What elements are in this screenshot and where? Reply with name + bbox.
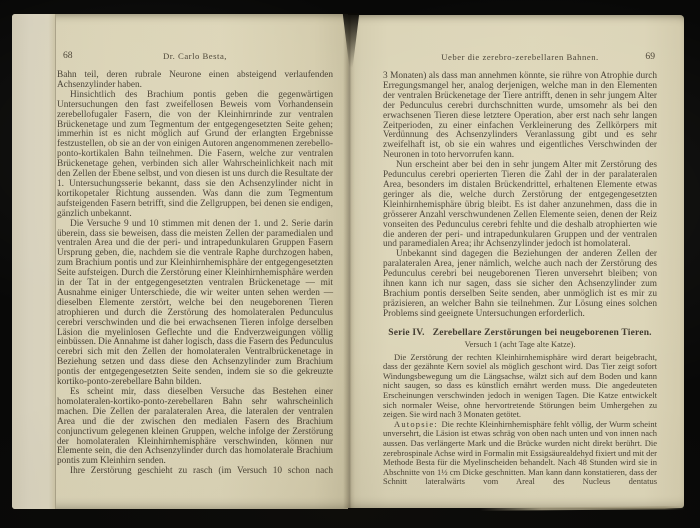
right-page-small-print: Die Zerstörung der rechten Kleinhirnhemi… xyxy=(383,353,657,487)
left-running-head: 68 Dr. Carlo Besta, xyxy=(57,51,333,63)
right-running-title: Ueber die zerebro-zerebellaren Bahnen. xyxy=(383,52,657,62)
paragraph: Die Zerstörung der rechten Kleinhirnhemi… xyxy=(383,353,657,420)
paragraph: Autopsie: Die rechte Kleinhirnhemisphäre… xyxy=(383,420,657,487)
paragraph-lead: Autopsie: xyxy=(394,419,442,429)
paragraph: Hinsichtlich des Brachium pontis geben d… xyxy=(57,91,333,220)
paragraph: 3 Monaten) als dass man annehmen könnte,… xyxy=(383,72,657,161)
right-running-head: Ueber die zerebro-zerebellaren Bahnen. 6… xyxy=(383,52,657,64)
paragraph: Die Versuche 9 und 10 stimmen mit denen … xyxy=(57,220,333,388)
left-page-fore-edge xyxy=(12,14,56,509)
paragraph: Nun erscheint aber bei den in sehr junge… xyxy=(383,161,657,250)
right-page-content: Ueber die zerebro-zerebellaren Bahnen. 6… xyxy=(383,52,657,487)
section-heading-title: Zerebellare Zerstörungen bei neugeborene… xyxy=(433,328,652,338)
section-heading-label: Serie IV. xyxy=(388,328,424,338)
paragraph: Bahn teil, deren rubrale Neurone einen a… xyxy=(57,71,333,91)
right-page-body: 3 Monaten) als dass man annehmen könnte,… xyxy=(383,72,657,320)
left-page-content: 68 Dr. Carlo Besta, Bahn teil, deren rub… xyxy=(57,51,333,477)
left-running-title: Dr. Carlo Besta, xyxy=(57,51,333,61)
paragraph: Unbekannt sind dagegen die Beziehungen d… xyxy=(383,250,657,319)
paragraph: Es scheint mir, dass dieselben Versuche … xyxy=(57,388,333,467)
paragraph: Ihre Zerstörung geschieht zu rasch (im V… xyxy=(57,467,333,477)
right-page-number: 69 xyxy=(645,51,655,62)
experiment-subheading: Versuch 1 (acht Tage alte Katze). xyxy=(383,340,657,349)
section-heading: Serie IV.Zerebellare Zerstörungen bei ne… xyxy=(383,328,657,338)
left-page: 68 Dr. Carlo Besta, Bahn teil, deren rub… xyxy=(12,14,348,509)
right-page: Ueber die zerebro-zerebellaren Bahnen. 6… xyxy=(348,15,684,508)
left-page-body: Bahn teil, deren rubrale Neurone einen a… xyxy=(57,71,333,477)
